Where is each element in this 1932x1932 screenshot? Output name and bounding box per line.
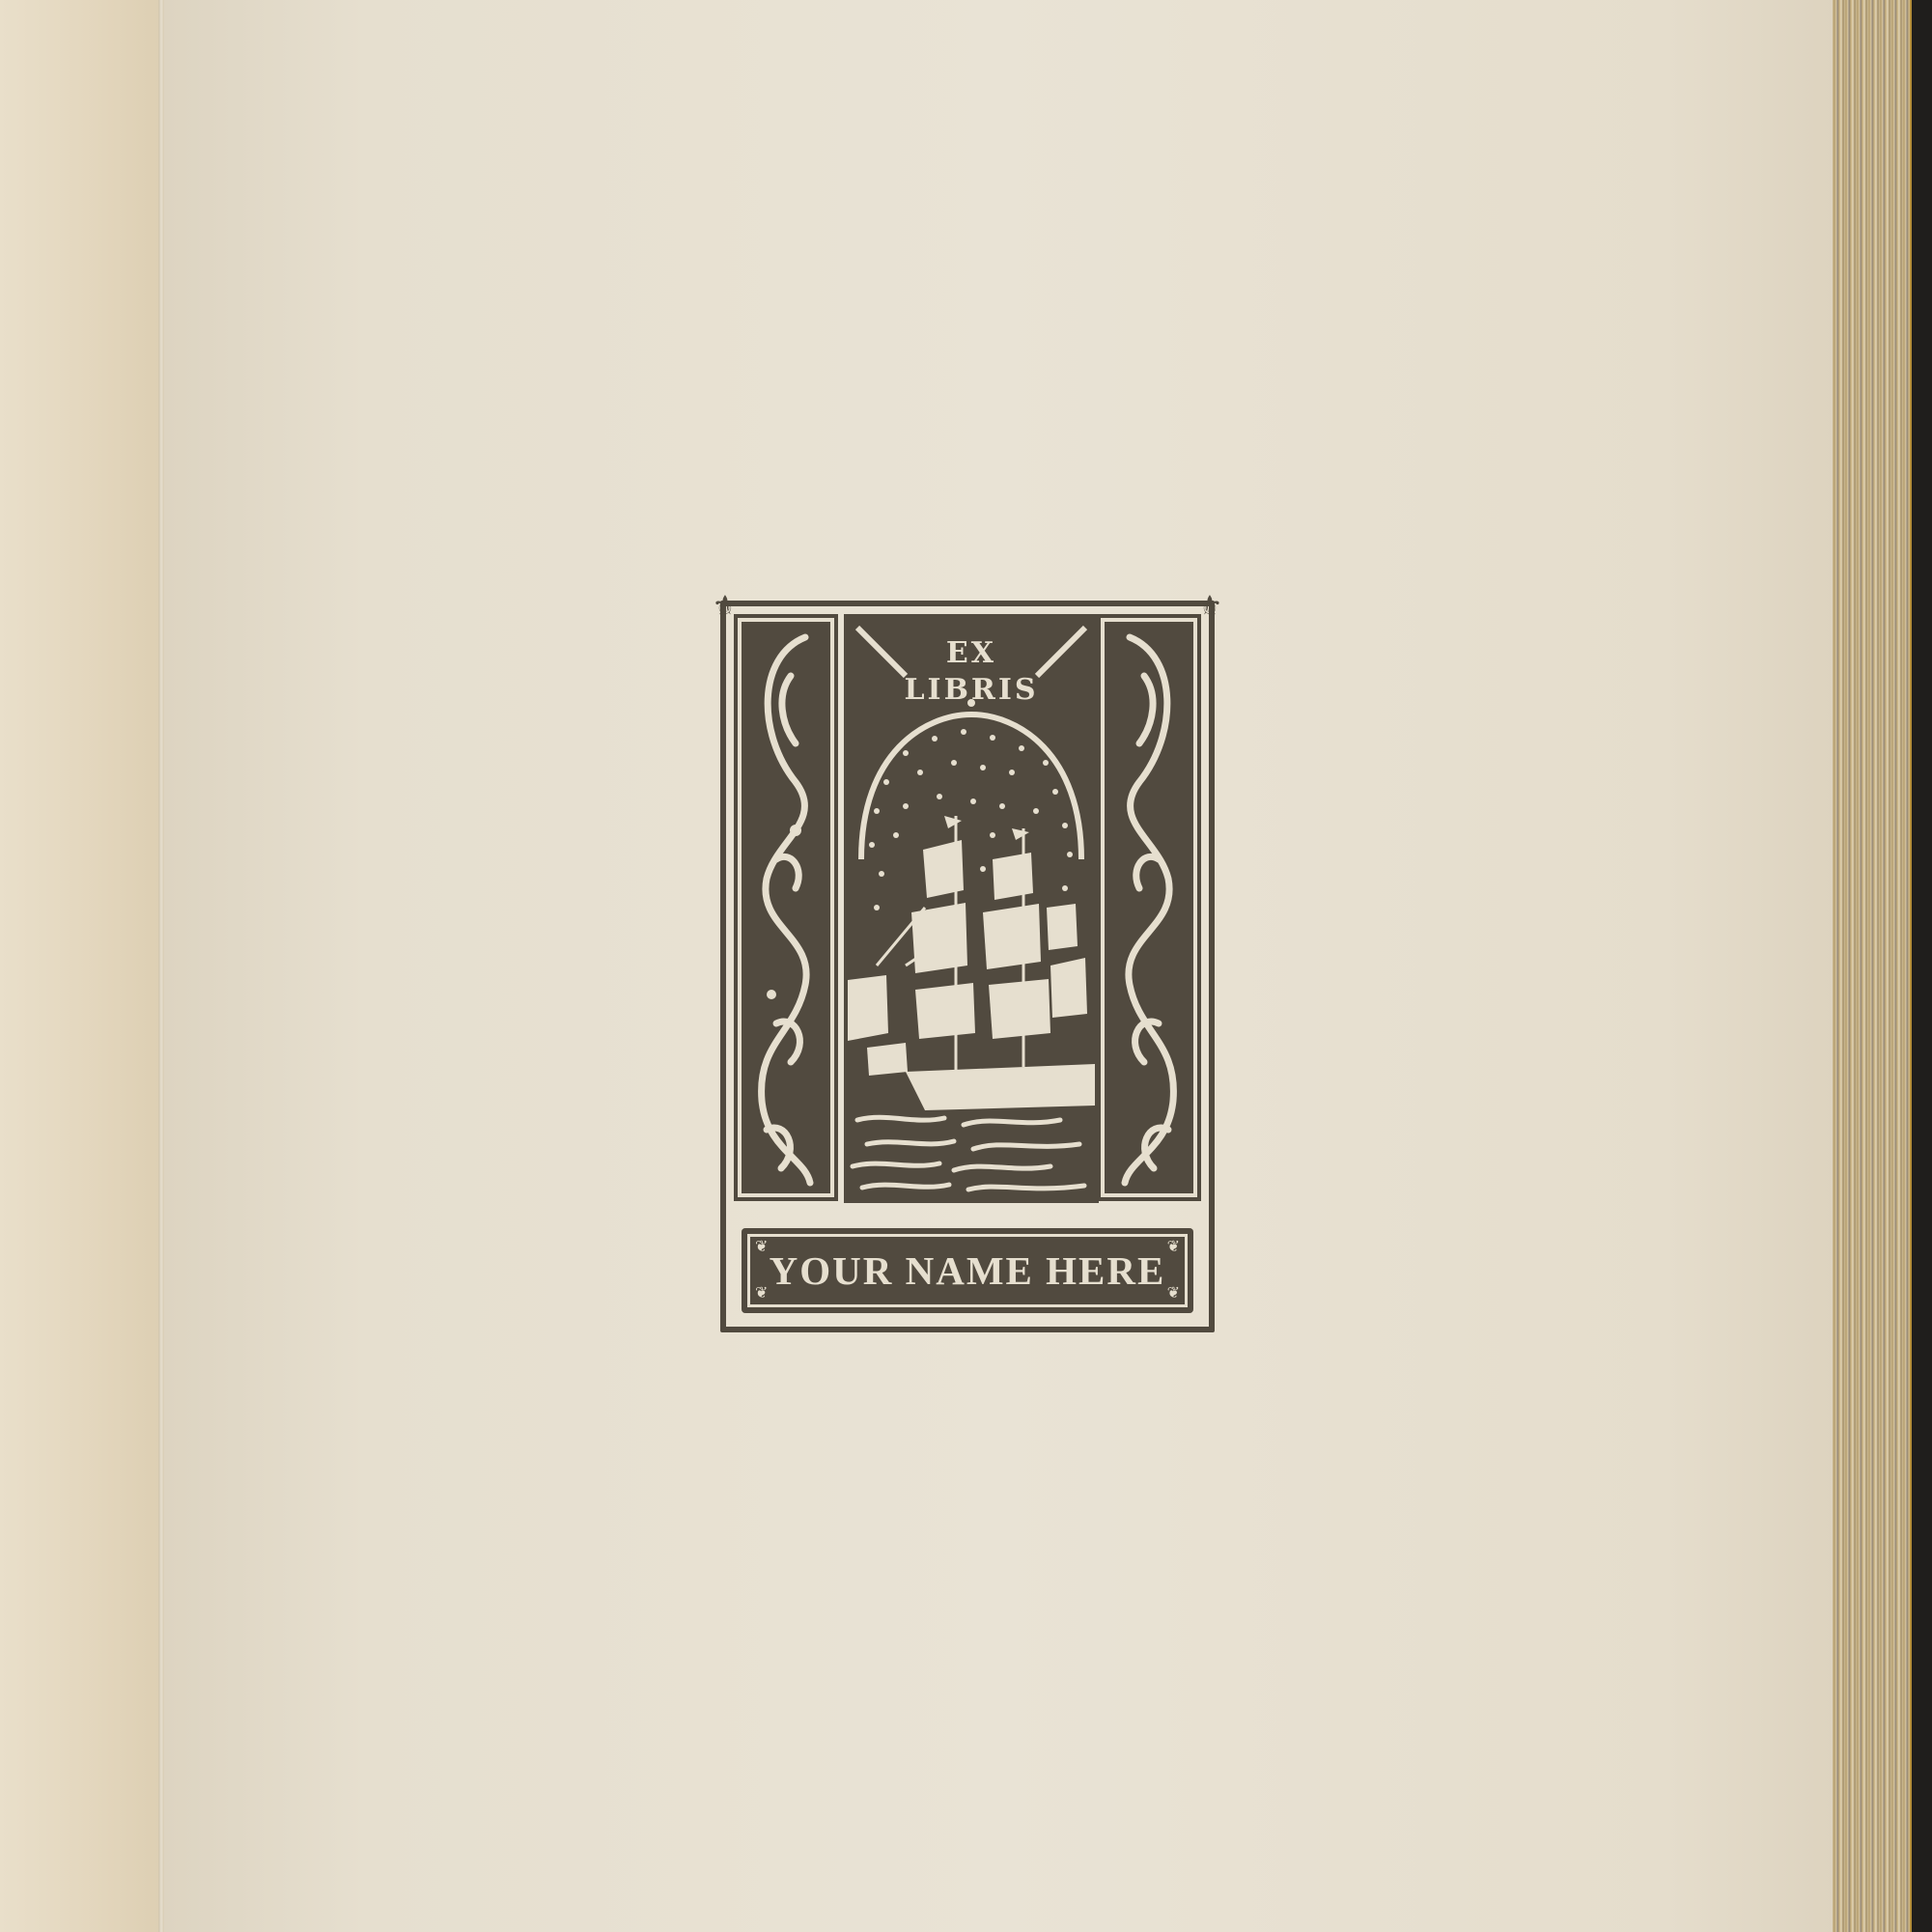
corner-flourish-icon: ❦ — [755, 1240, 768, 1255]
bookplate: ⚜ ⚜ — [720, 601, 1215, 1332]
ship-illustration-panel: EX LIBRIS — [844, 614, 1099, 1203]
left-page — [0, 0, 160, 1932]
corner-flourish-icon: ❦ — [1167, 1286, 1180, 1302]
acanthus-scroll-icon — [1101, 618, 1197, 1197]
corner-flourish-icon: ❦ — [1167, 1240, 1180, 1255]
ex-text: EX — [848, 635, 1095, 672]
book-cover — [1910, 0, 1932, 1932]
page-edges — [1833, 0, 1910, 1932]
corner-flourish-icon: ❦ — [755, 1286, 768, 1302]
acanthus-scroll-icon — [738, 618, 834, 1197]
libris-text: LIBRIS — [848, 672, 1095, 709]
acanthus-scroll-left — [734, 614, 838, 1201]
acanthus-scroll-right — [1097, 614, 1201, 1201]
ex-libris-heading: EX LIBRIS — [848, 635, 1095, 709]
name-label-band: ❦ ❦ ❦ ❦ YOUR NAME HERE — [742, 1228, 1193, 1313]
owner-name: YOUR NAME HERE — [770, 1247, 1166, 1294]
